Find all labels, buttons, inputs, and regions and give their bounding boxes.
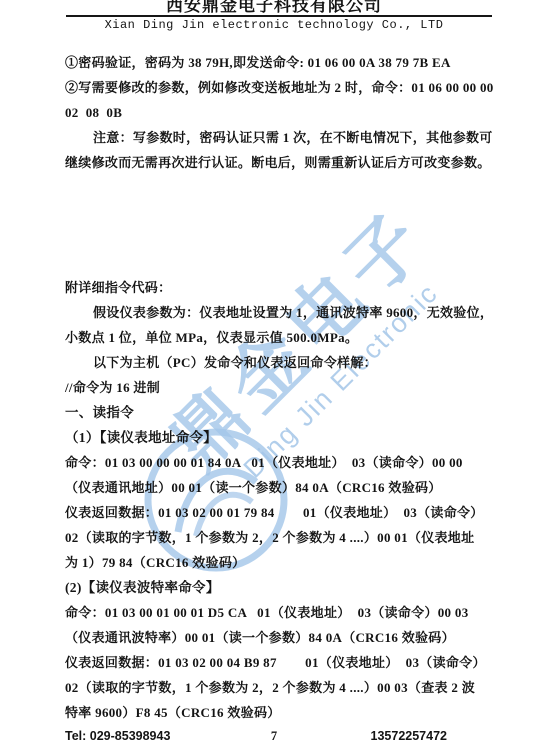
cmd1-return-line2: 02（读取的字节数，1 个参数为 2，2 个参数为 4 ....）00 01（仪…: [65, 525, 494, 550]
page-footer: Tel: 029-85398943 7 13572257472: [0, 729, 548, 744]
cmd2-command-bytes: 01 03 00 01 00 01 D5 CA 01（仪表地址） 03（读命令）…: [105, 605, 469, 620]
cmd2-return-bytes: 01 03 02 00 04 B9 87 01（仪表地址） 03（读命令）: [158, 655, 486, 670]
header-divider: [66, 15, 492, 17]
write-param-step-line2: 02 08 0B: [65, 100, 494, 125]
cmd1-command-label: 命令：: [65, 455, 105, 470]
cmd1-command-bytes: 01 03 00 00 00 01 84 0A 01（仪表地址） 03（读命令）…: [105, 455, 463, 470]
cmd1-command-line2: （仪表通讯地址）00 01（读一个参数）84 0A（CRC16 效验码）: [65, 475, 494, 500]
document-page: 鼎金电子 Ding Jin Electronic 西安鼎金电子科技有限公司 Xi…: [0, 0, 548, 744]
note-line1: 注意：写参数时，密码认证只需 1 次，在不断电情况下，其他参数可: [65, 125, 494, 150]
cmd1-return-line3: 为 1）79 84（CRC16 效验码）: [65, 550, 494, 575]
cmd1-command-line1: 命令：01 03 00 00 00 01 84 0A 01（仪表地址） 03（读…: [65, 450, 494, 475]
page-header: 西安鼎金电子科技有限公司 Xian Ding Jin electronic te…: [0, 0, 548, 15]
cmd2-return-line2: 02（读取的字节数，1 个参数为 2，2 个参数为 4 ....）00 03（查…: [65, 675, 494, 700]
cmd1-return-label: 仪表返回数据：: [65, 505, 158, 520]
footer-mobile-number: 13572257472: [371, 729, 447, 743]
hex-comment: //命令为 16 进制: [65, 375, 494, 400]
cmd2-command-line2: （仪表通讯波特率）00 01（读一个参数）84 0A（CRC16 效验码）: [65, 625, 494, 650]
note-line2: 继续修改而无需再次进行认证。断电后，则需重新认证后方可改变参数。: [65, 150, 494, 175]
cmd2-command-label: 命令：: [65, 605, 105, 620]
password-verify-step: ①密码验证，密码为 38 79H,即发送命令: 01 06 00 0A 38 7…: [65, 50, 494, 75]
cmd1-heading: （1）【读仪表地址命令】: [65, 425, 494, 450]
assumption-line1: 假设仪表参数为：仪表地址设置为 1，通讯波特率 9600，无效验位，: [65, 300, 494, 325]
cmd2-heading: (2)【读仪表波特率命令】: [65, 575, 494, 600]
sample-intro: 以下为主机（PC）发命令和仪表返回命令样解：: [65, 350, 494, 375]
assumption-line2: 小数点 1 位，单位 MPa，仪表显示值 500.0MPa。: [65, 325, 494, 350]
cmd2-return-line3: 特率 9600）F8 45（CRC16 效验码）: [65, 700, 494, 725]
company-name-en: Xian Ding Jin electronic technology Co.,…: [0, 18, 548, 32]
cmd2-return-line1: 仪表返回数据：01 03 02 00 04 B9 87 01（仪表地址） 03（…: [65, 650, 494, 675]
cmd2-return-label: 仪表返回数据：: [65, 655, 158, 670]
write-param-step-line1: ②写需要修改的参数，例如修改变送板地址为 2 时，命令：01 06 00 00 …: [65, 75, 494, 100]
cmd1-return-line1: 仪表返回数据：01 03 02 00 01 79 84 01（仪表地址） 03（…: [65, 500, 494, 525]
document-body: ①密码验证，密码为 38 79H,即发送命令: 01 06 00 0A 38 7…: [65, 50, 494, 725]
cmd2-command-line1: 命令：01 03 00 01 00 01 D5 CA 01（仪表地址） 03（读…: [65, 600, 494, 625]
page-number: 7: [0, 729, 548, 744]
appendix-title: 附详细指令代码：: [65, 275, 494, 300]
section1-title: 一、读指令: [65, 400, 494, 425]
cmd1-return-bytes: 01 03 02 00 01 79 84 01（仪表地址） 03（读命令）: [158, 505, 484, 520]
company-name-cn: 西安鼎金电子科技有限公司: [0, 0, 548, 15]
